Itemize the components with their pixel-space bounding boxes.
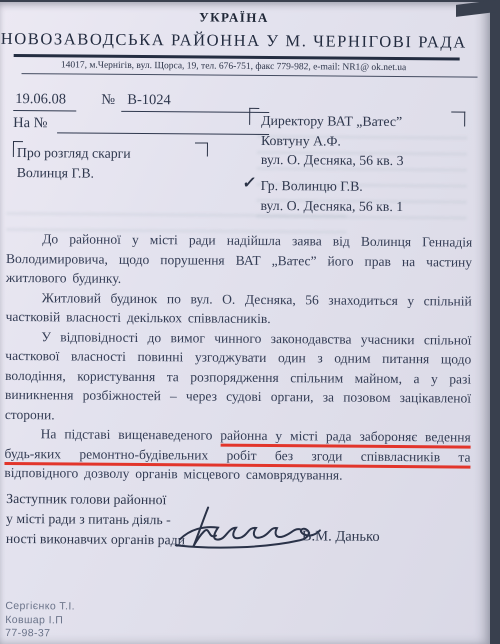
recipient-corner-mark-right <box>451 111 465 126</box>
recipient-block-1: Директору ВАТ „Ватес” Ковтуну А.Ф. вул. … <box>261 111 404 171</box>
org-address: 14017, м.Чернігів, вул. Щорса, 19, тел. … <box>0 60 468 74</box>
subject-block: Про розгляд скарги Волинця Г.В. <box>17 143 131 184</box>
handwritten-signature <box>174 495 324 554</box>
signer-name: В.М. Данько <box>302 528 380 546</box>
footer-contact: Сергієнко Т.І. Ковшар І.П 77-98-37 <box>5 600 75 641</box>
subject-corner-mark-right <box>195 142 208 156</box>
subject-line-2: Волинця Г.В. <box>17 163 131 184</box>
signature-title-line-1: Заступник голови районної <box>6 489 185 510</box>
recipient-2-name-row: ✓ Гр. Волинцю Г.В. <box>261 176 404 197</box>
letter-paper: УКРАЇНА НОВОЗАВОДСЬКА РАЙОННА У М. ЧЕРНІ… <box>0 2 490 644</box>
check-icon: ✓ <box>241 174 257 194</box>
p4-suffix: відповідного дозволу органів місцевого с… <box>4 465 342 483</box>
signature-title-line-3: ності виконавчих органів ради <box>6 529 185 550</box>
body-paragraph-2: Житловий будинок по вул. О. Десняка, 56 … <box>6 287 472 330</box>
recipient-1-name: Директору ВАТ „Ватес” <box>261 111 404 132</box>
recipient-corner-mark-left <box>249 108 259 125</box>
reply-ref-blank-line <box>57 115 269 135</box>
letter-content: УКРАЇНА НОВОЗАВОДСЬКА РАЙОННА У М. ЧЕРНІ… <box>0 2 490 644</box>
body-paragraph-3: У відповідності до вимог чинного законод… <box>5 326 472 427</box>
recipient-1-person: Ковтуну А.Ф. <box>261 130 404 151</box>
letter-number: В-1024 <box>121 92 269 113</box>
document-photo: УКРАЇНА НОВОЗАВОДСЬКА РАЙОННА У М. ЧЕРНІ… <box>0 0 500 644</box>
footer-phone: 77-98-37 <box>5 627 75 641</box>
signature-title-block: Заступник голови районної у місті ради з… <box>6 489 186 550</box>
recipient-2-name: Гр. Волинцю Г.В. <box>261 178 363 194</box>
recipient-block-2: ✓ Гр. Волинцю Г.В. вул. О. Десняка, 56 к… <box>260 176 403 216</box>
subject-line-1: Про розгляд скарги <box>17 143 131 164</box>
letter-body: До районної у місті ради надійшла заява … <box>4 229 472 486</box>
org-name: НОВОЗАВОДСЬКА РАЙОННА У М. ЧЕРНІГОВІ РАД… <box>0 29 468 53</box>
footer-executor-1: Сергієнко Т.І. <box>5 600 75 614</box>
recipient-2-address: вул. О. Десняка, 56 кв. 1 <box>260 195 403 216</box>
signature-title-line-2: у місті ради з питань діяль - <box>6 509 185 530</box>
letterhead-thick-rule <box>14 54 460 61</box>
reply-ref-label: На № <box>13 115 48 132</box>
body-paragraph-1: До районної у місті ради надійшла заява … <box>6 229 472 291</box>
body-paragraph-4: На підставі вищенаведеного районна у міс… <box>4 424 470 486</box>
letter-date: 19.06.08 <box>13 91 76 111</box>
recipient-1-address: вул. О. Десняка, 56 кв. 3 <box>261 150 404 171</box>
letter-number-label: № <box>101 92 115 109</box>
letterhead-thin-rule <box>22 73 478 78</box>
p4-prefix: На підставі вищенаведеного <box>41 426 221 442</box>
country-name: УКРАЇНА <box>0 8 468 28</box>
footer-executor-2: Ковшар І.П <box>5 613 75 627</box>
